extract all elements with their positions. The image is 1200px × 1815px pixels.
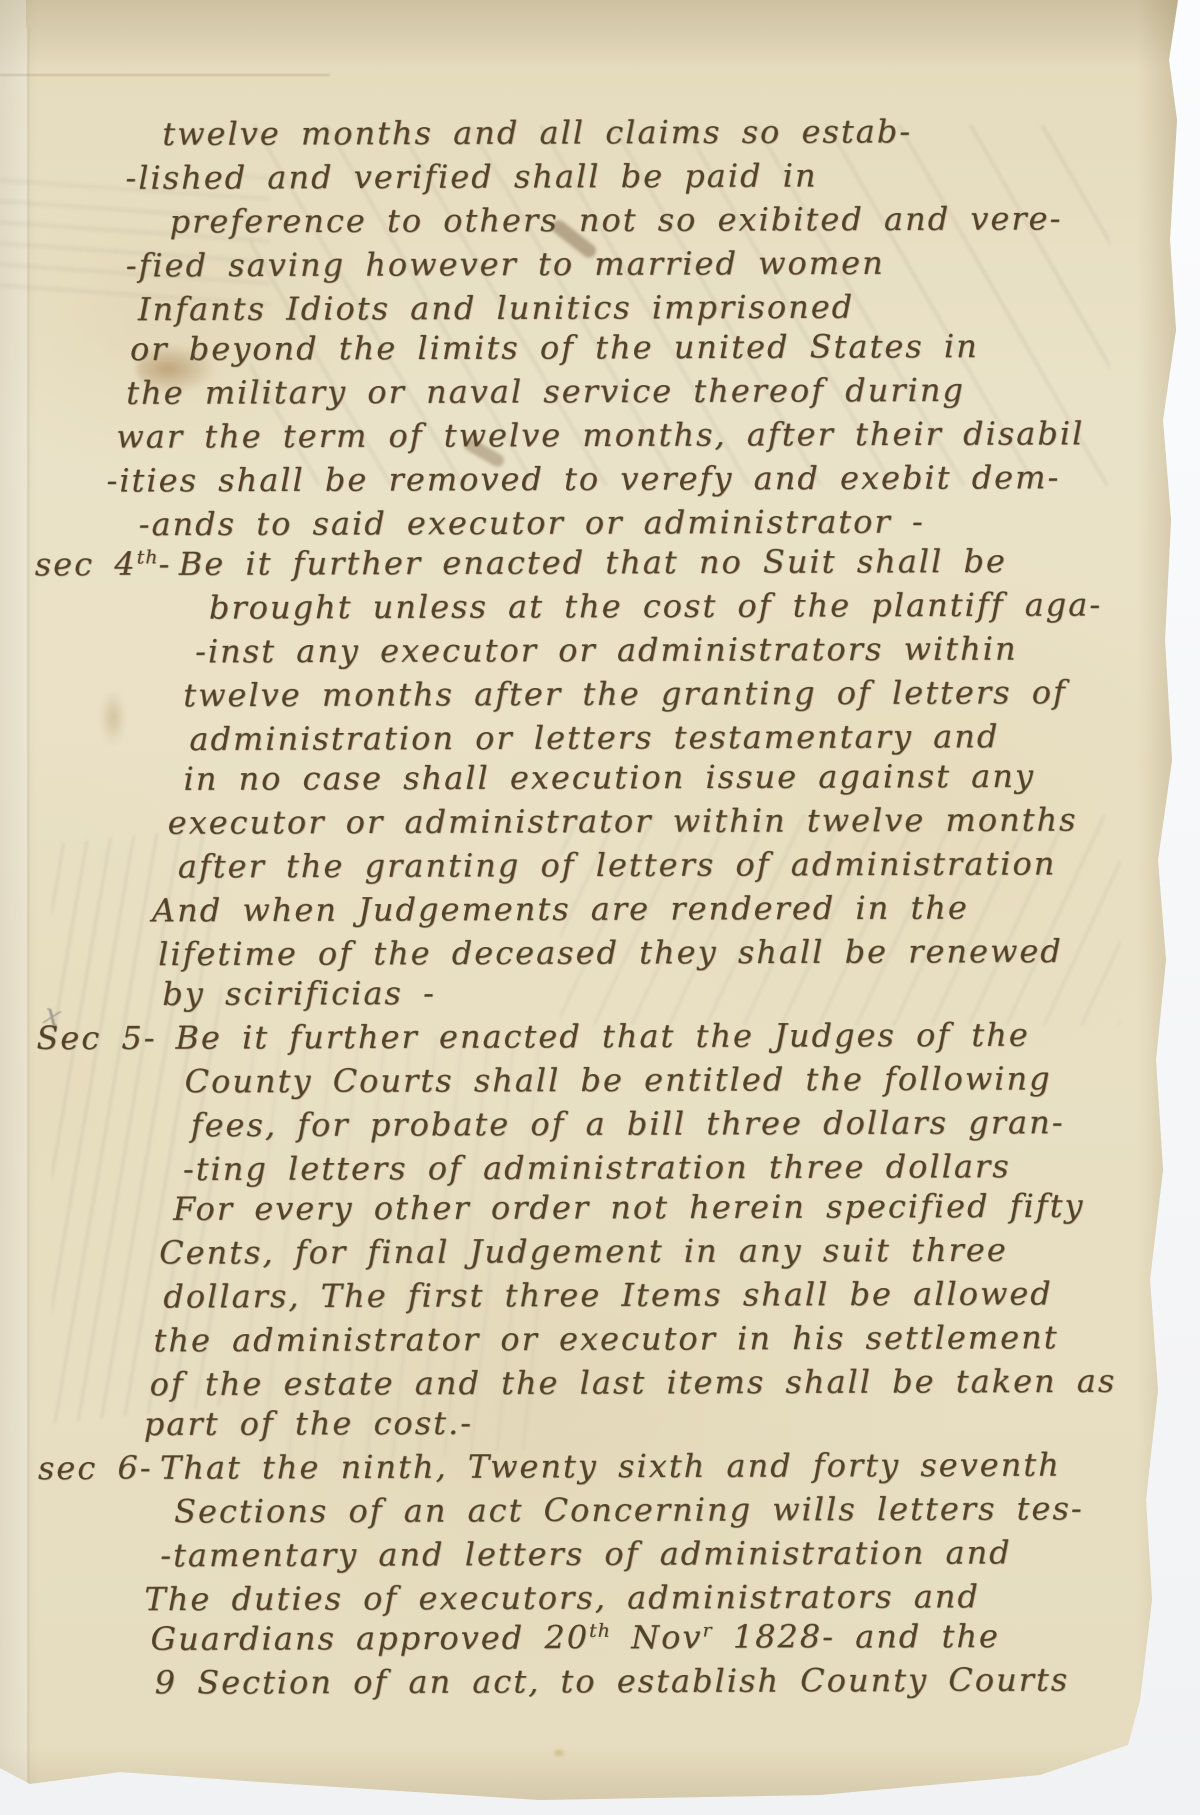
manuscript-line: And when Judgements are rendered in the (0, 891, 1200, 938)
line-text: And when Judgements are rendered in the (152, 892, 969, 927)
manuscript-line: war the term of twelve months, after the… (0, 417, 1198, 464)
manuscript-line: brought unless at the cost of the planti… (0, 588, 1199, 635)
horizontal-crease (0, 74, 330, 76)
superscript: th (137, 546, 159, 568)
manuscript-line: twelve months and all claims so estab- (0, 114, 1197, 161)
line-text: in no case shall execution issue against… (183, 760, 1035, 795)
manuscript-line: Guardians approved 20th Novr 1828- and t… (2, 1619, 1200, 1666)
manuscript-line: or beyond the limits of the united State… (0, 329, 1198, 376)
manuscript-line: Sections of an act Concerning wills lett… (2, 1492, 1200, 1539)
manuscript-line: preference to others not so exibited and… (0, 202, 1198, 249)
line-text: County Courts shall be entitled the foll… (185, 1062, 1052, 1097)
manuscript-line: -fied saving however to married women (0, 246, 1198, 293)
manuscript-line: For every other order not herein specifi… (1, 1189, 1200, 1236)
line-text: of the estate and the last items shall b… (150, 1365, 1117, 1400)
line-text: lifetime of the deceased they shall be r… (158, 935, 1063, 970)
manuscript-line: sec 6-That the ninth, Twenty sixth and f… (2, 1448, 1200, 1495)
line-text: Sections of an act Concerning wills lett… (174, 1492, 1084, 1527)
line-text: executor or administrator within twelve … (168, 804, 1078, 839)
manuscript-text: twelve months and all claims so estab--l… (0, 116, 1200, 1711)
line-text: administration or letters testamentary a… (189, 720, 999, 755)
line-text: twelve months after the granting of lett… (183, 676, 1067, 711)
line-text: brought unless at the cost of the planti… (209, 588, 1102, 623)
line-text: twelve months and all claims so estab- (162, 115, 912, 150)
line-text: the administrator or executor in his set… (153, 1321, 1058, 1356)
line-text: by scirificias - (162, 977, 436, 1010)
line-text: -ities shall be removed to verefy and ex… (106, 461, 1060, 496)
manuscript-line: after the granting of letters of adminis… (0, 847, 1200, 894)
line-text: fees, for probate of a bill three dollar… (191, 1106, 1065, 1141)
line-text: part of the cost.- (144, 1407, 473, 1440)
line-text: dollars, The first three Items shall be … (163, 1277, 1053, 1312)
line-text: Guardians approved 20th Novr 1828- and t… (150, 1620, 999, 1655)
manuscript-line: -tamentary and letters of administration… (2, 1536, 1200, 1583)
foxing-spot (552, 1748, 566, 1758)
section-label: sec 4th- (35, 548, 172, 580)
line-text: war the term of twelve months, after the… (116, 417, 1084, 452)
manuscript-line: the military or naval service thereof du… (0, 373, 1198, 420)
line-text: -lished and verified shall be paid in (125, 159, 817, 193)
line-text: after the granting of letters of adminis… (178, 847, 1057, 882)
line-text: For every other order not herein specifi… (173, 1190, 1085, 1225)
line-text: Be it further enacted that no Suit shall… (179, 545, 1007, 580)
line-text: That the ninth, Twenty sixth and forty s… (160, 1449, 1061, 1484)
line-text: -ands to said executor or administrator … (139, 505, 925, 540)
line-text: Be it further enacted that the Judges of… (175, 1019, 1029, 1054)
manuscript-line: the administrator or executor in his set… (1, 1321, 1200, 1368)
line-text: -fied saving however to married women (126, 247, 885, 282)
manuscript-line: dollars, The first three Items shall be … (1, 1277, 1200, 1324)
line-text: Cents, for final Judgement in any suit t… (159, 1234, 1008, 1269)
section-label: sec 6- (38, 1452, 153, 1484)
line-text: preference to others not so exibited and… (170, 202, 1063, 237)
manuscript-line: Cents, for final Judgement in any suit t… (1, 1233, 1200, 1280)
manuscript-line: by scirificias - (0, 974, 1200, 1021)
manuscript-line: sec 4th-Be it further enacted that no Su… (0, 544, 1199, 591)
line-text: -ting letters of administration three do… (183, 1150, 1011, 1185)
manuscript-line: fees, for probate of a bill three dollar… (1, 1106, 1200, 1153)
manuscript-line: in no case shall execution issue against… (0, 759, 1200, 806)
line-text: -inst any executor or administrators wit… (195, 633, 1018, 668)
manuscript-line: part of the cost.- (2, 1404, 1200, 1451)
line-text: 9 Section of an act, to establish County… (155, 1664, 1070, 1699)
superscript: r (702, 1619, 712, 1641)
manuscript-line: Sec 5-Be it further enacted that the Jud… (0, 1018, 1200, 1065)
manuscript-line: County Courts shall be entitled the foll… (1, 1062, 1200, 1109)
superscript: th (589, 1620, 611, 1642)
manuscript-line: 9 Section of an act, to establish County… (3, 1663, 1200, 1710)
manuscript-line: -inst any executor or administrators wit… (0, 632, 1199, 679)
manuscript-line: -lished and verified shall be paid in (0, 158, 1198, 205)
manuscript-line: -ities shall be removed to verefy and ex… (0, 461, 1199, 508)
manuscript-line: executor or administrator within twelve … (0, 803, 1200, 850)
section-label: Sec 5- (36, 1022, 156, 1054)
line-text: or beyond the limits of the united State… (130, 330, 979, 365)
line-text: the military or naval service thereof du… (126, 374, 965, 409)
manuscript-line: twelve months after the granting of lett… (0, 676, 1199, 723)
line-text: -tamentary and letters of administration… (160, 1536, 1012, 1571)
manuscript-page: x twelve months and all claims so estab-… (0, 0, 1192, 1802)
line-text: The duties of executors, administrators … (144, 1580, 980, 1615)
line-text: Infants Idiots and lunitics imprisoned (138, 291, 854, 326)
